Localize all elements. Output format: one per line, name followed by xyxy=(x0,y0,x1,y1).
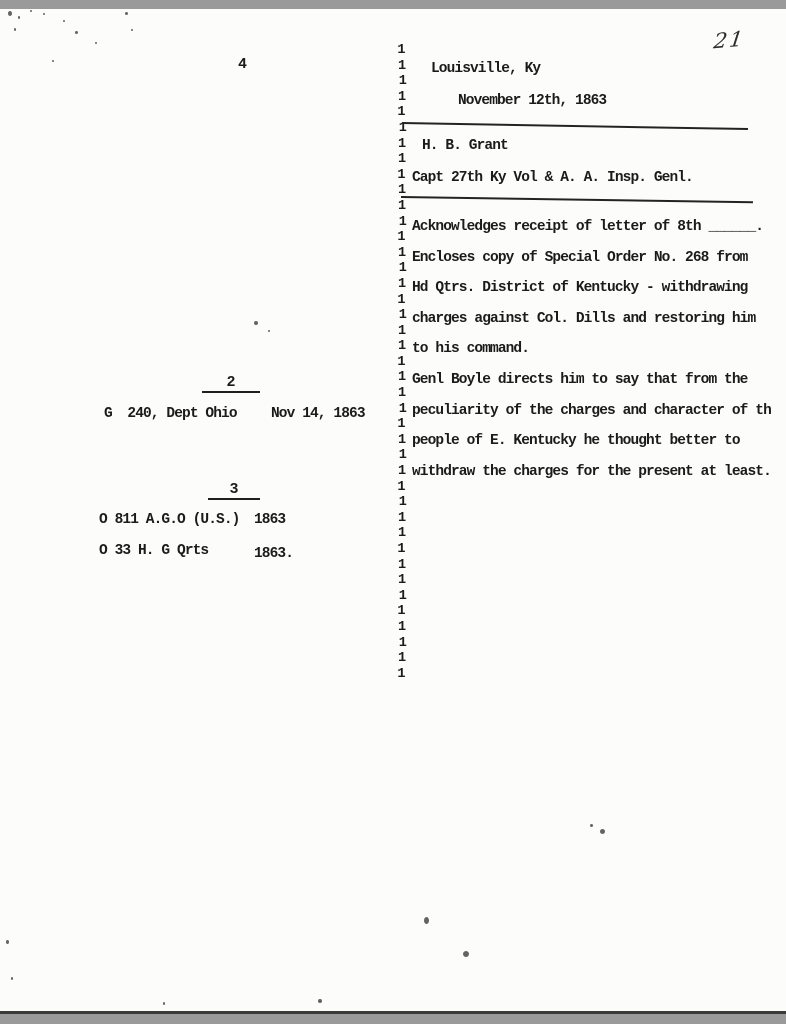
corner-reference-number: 4 xyxy=(238,56,246,73)
section2-entry-date: Nov 14, 1863 xyxy=(271,406,365,422)
letter-body-line: peculiarity of the charges and character… xyxy=(412,396,771,427)
ink-speck xyxy=(95,42,97,44)
margin-tally-mark: 1 xyxy=(397,355,405,371)
margin-tally-mark: 1 xyxy=(398,339,406,355)
letter-place: Louisville, Ky xyxy=(431,61,540,77)
letter-body-line: Acknowledges receipt of letter of 8th __… xyxy=(412,212,771,243)
ink-speck xyxy=(30,10,32,12)
margin-tally-mark: 1 xyxy=(398,464,406,480)
margin-tally-mark: 1 xyxy=(397,105,405,121)
margin-tally-column: 1111111111111111111111111111111111111111… xyxy=(398,43,406,682)
handwritten-page-number: 21 xyxy=(712,27,746,54)
margin-tally-mark: 1 xyxy=(398,324,406,340)
horizontal-rule xyxy=(401,196,753,204)
margin-tally-mark: 1 xyxy=(397,480,405,496)
margin-tally-mark: 1 xyxy=(399,261,407,277)
ink-speck xyxy=(268,330,270,332)
ink-speck xyxy=(590,824,593,827)
margin-tally-mark: 1 xyxy=(398,277,406,293)
addressee-name: H. B. Grant xyxy=(422,138,508,154)
margin-tally-mark: 1 xyxy=(398,370,406,386)
margin-tally-mark: 1 xyxy=(397,542,405,558)
section2-entry-ref: G 240, Dept Ohio xyxy=(104,406,237,422)
margin-tally-mark: 1 xyxy=(398,386,406,402)
margin-tally-mark: 1 xyxy=(398,573,406,589)
margin-tally-mark: 1 xyxy=(399,74,407,90)
ink-speck xyxy=(63,20,65,22)
margin-tally-mark: 1 xyxy=(399,402,407,418)
ink-speck xyxy=(318,999,322,1003)
letter-body-line: Hd Qtrs. District of Kentucky - withdraw… xyxy=(412,273,771,304)
margin-tally-mark: 1 xyxy=(399,215,407,231)
letter-body-line: people of E. Kentucky he thought better … xyxy=(412,426,771,457)
ink-speck xyxy=(75,31,78,34)
margin-tally-mark: 1 xyxy=(397,667,405,683)
ink-speck xyxy=(11,977,13,980)
margin-tally-mark: 1 xyxy=(398,152,406,168)
margin-tally-mark: 1 xyxy=(398,620,406,636)
scanned-document-page: 21 4 11111111111111111111111111111111111… xyxy=(0,0,786,1024)
section-heading-2: 2 xyxy=(202,374,260,393)
section-heading-3: 3 xyxy=(208,481,260,500)
ink-speck xyxy=(8,11,12,16)
section3-entry-date: 1863. xyxy=(254,546,293,562)
margin-tally-mark: 1 xyxy=(398,526,406,542)
margin-tally-mark: 1 xyxy=(398,59,406,75)
letter-body-line: Genl Boyle directs him to say that from … xyxy=(412,365,771,396)
margin-tally-mark: 1 xyxy=(397,293,405,309)
addressee-title: Capt 27th Ky Vol & A. A. Insp. Genl. xyxy=(412,170,693,186)
margin-tally-mark: 1 xyxy=(397,604,405,620)
margin-tally-mark: 1 xyxy=(399,636,407,652)
margin-tally-mark: 1 xyxy=(399,495,407,511)
ink-speck xyxy=(14,28,16,31)
margin-tally-mark: 1 xyxy=(399,589,407,605)
letter-body: Acknowledges receipt of letter of 8th __… xyxy=(412,212,771,487)
margin-tally-mark: 1 xyxy=(398,199,406,215)
letter-date: November 12th, 1863 xyxy=(458,93,606,109)
ink-speck xyxy=(163,1002,165,1005)
ink-speck xyxy=(18,16,20,19)
margin-tally-mark: 1 xyxy=(398,137,406,153)
margin-tally-mark: 1 xyxy=(398,433,406,449)
margin-tally-mark: 1 xyxy=(398,651,406,667)
ink-speck xyxy=(424,917,429,924)
margin-tally-mark: 1 xyxy=(398,90,406,106)
margin-tally-mark: 1 xyxy=(397,417,405,433)
letter-body-line: withdraw the charges for the present at … xyxy=(412,457,771,488)
ink-speck xyxy=(131,29,133,31)
ink-speck xyxy=(600,829,605,834)
ink-speck xyxy=(6,940,9,944)
margin-tally-mark: 1 xyxy=(398,558,406,574)
margin-tally-mark: 1 xyxy=(398,246,406,262)
letter-body-line: Encloses copy of Special Order No. 268 f… xyxy=(412,243,771,274)
ink-speck xyxy=(254,321,258,325)
ink-speck xyxy=(463,951,469,957)
horizontal-rule xyxy=(402,122,748,130)
margin-tally-mark: 1 xyxy=(399,308,407,324)
section3-entry-ref: O 811 A.G.O (U.S.) xyxy=(99,512,239,528)
ink-speck xyxy=(43,13,45,15)
margin-tally-mark: 1 xyxy=(397,230,405,246)
margin-tally-mark: 1 xyxy=(398,511,406,527)
ink-speck xyxy=(52,60,54,62)
letter-body-line: charges against Col. Dills and restoring… xyxy=(412,304,771,335)
section3-entry-date: 1863 xyxy=(254,512,285,528)
margin-tally-mark: 1 xyxy=(399,448,407,464)
margin-tally-mark: 1 xyxy=(397,168,405,184)
letter-body-line: to his command. xyxy=(412,334,771,365)
ink-speck xyxy=(125,12,128,15)
scan-edge-top-bar xyxy=(0,0,786,9)
section3-entry-ref: O 33 H. G Qrts xyxy=(99,543,208,559)
scan-edge-bottom-bar xyxy=(0,1014,786,1024)
margin-tally-mark: 1 xyxy=(397,43,405,59)
